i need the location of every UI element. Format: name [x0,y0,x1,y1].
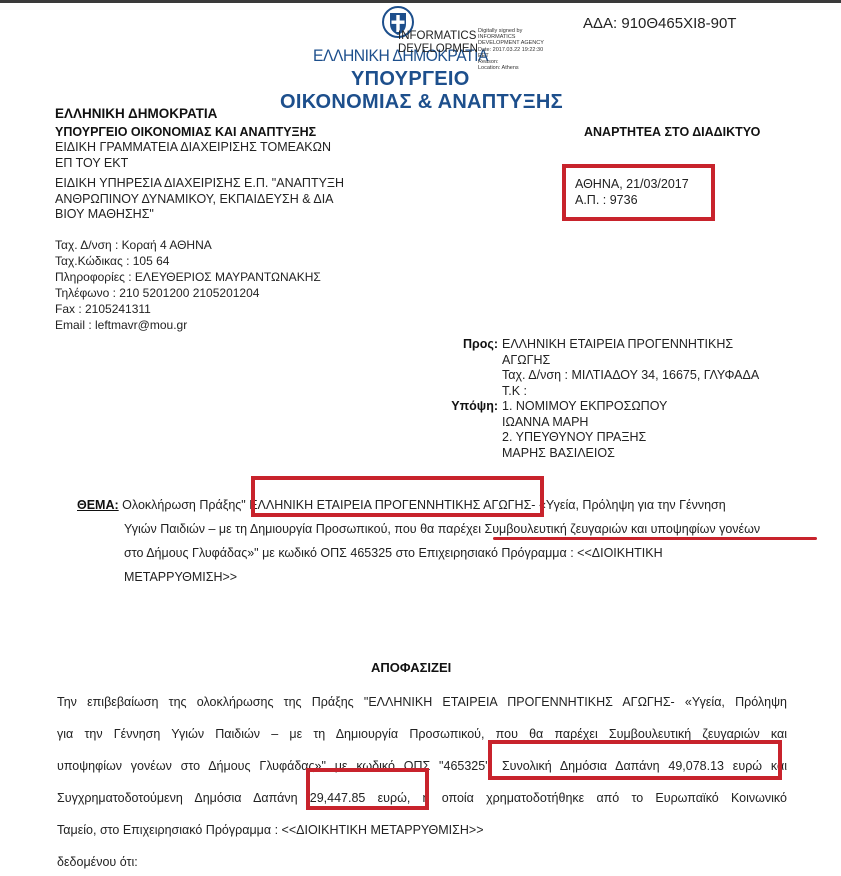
sender-contact: Ταχ. Δ/νση : Κοραή 4 ΑΘΗΝΑ Ταχ.Κώδικας :… [55,237,321,333]
highlight-box-total-expenditure [488,740,782,780]
posting-note: ΑΝΑΡΤΗΤΕΑ ΣΤΟ ΔΙΑΔΙΚΤΥΟ [584,125,760,139]
decision-heading: ΑΠΟΦΑΣΙΖΕΙ [371,660,451,675]
highlight-box-organization [251,476,544,517]
contact-address: Ταχ. Δ/νση : Κοραή 4 ΑΘΗΝΑ [55,237,321,253]
contact-info-person: Πληροφορίες : ΕΛΕΥΘΕΡΙΟΣ ΜΑΥΡΑΝΤΩΝΑΚΗΣ [55,269,321,285]
highlight-box-cofinanced-expenditure [306,768,429,810]
highlight-underline-counseling [493,537,817,540]
sender-service-1: ΕΙΔΙΚΗ ΥΠΗΡΕΣΙΑ ΔΙΑΧΕΙΡΙΣΗΣ Ε.Π. "ΑΝΑΠΤΥ… [55,176,344,192]
sender-ministry: ΥΠΟΥΡΓΕΙΟ ΟΙΚΟΝΟΜΙΑΣ ΚΑΙ ΑΝΑΠΤΥΞΗΣ [55,125,344,141]
sender-secretariat-2: ΕΠ ΤΟΥ ΕΚΤ [55,156,344,172]
subject-label: ΘΕΜΑ: [77,498,119,512]
to-label: Προς: [442,337,502,353]
sender-service-2: ΑΝΘΡΩΠΙΝΟΥ ΔΥΝΑΜΙΚΟΥ, ΕΚΠΑΙΔΕΥΣΗ & ΔΙΑ [55,192,344,208]
digital-signature-signer: INFORMATICS DEVELOPMEN [398,30,478,56]
subject-counseling-phrase: Συμβουλευτική ζευγαριών και υποψηφίων γο… [484,522,760,536]
attn-label: Υπόψη: [442,399,502,415]
contact-phone: Τηλέφωνο : 210 5201200 2105201204 [55,285,321,301]
contact-postcode: Ταχ.Κώδικας : 105 64 [55,253,321,269]
sender-secretariat-1: ΕΙΔΙΚΗ ΓΡΑΜΜΑΤΕΙΑ ΔΙΑΧΕΙΡΙΣΗΣ ΤΟΜΕΑΚΩΝ [55,140,344,156]
ada-code: ΑΔΑ: 910Θ465ΧΙ8-90Τ [583,15,736,32]
contact-fax: Fax : 2105241311 [55,301,321,317]
logo-ministry: ΥΠΟΥΡΓΕΙΟ [351,68,470,91]
highlight-box-date-protocol [562,164,715,221]
recipient-block: Προς:ΕΛΛΗΝΙΚΗ ΕΤΑΙΡΕΙΑ ΠΡΟΓΕΝΝΗΤΙΚΗΣ ΑΓΩ… [442,337,759,461]
window-top-edge [0,0,841,3]
sender-service-3: ΒΙΟΥ ΜΑΘΗΣΗΣ" [55,207,344,223]
contact-email: Email : leftmavr@mou.gr [55,317,321,333]
digital-signature-details: Digitally signed by INFORMATICS DEVELOPM… [478,28,544,71]
sender-block: ΕΛΛΗΝΙΚΗ ΔΗΜΟΚΡΑΤΙΑ ΥΠΟΥΡΓΕΙΟ ΟΙΚΟΝΟΜΙΑΣ… [55,106,344,223]
sender-republic: ΕΛΛΗΝΙΚΗ ΔΗΜΟΚΡΑΤΙΑ [55,106,344,122]
